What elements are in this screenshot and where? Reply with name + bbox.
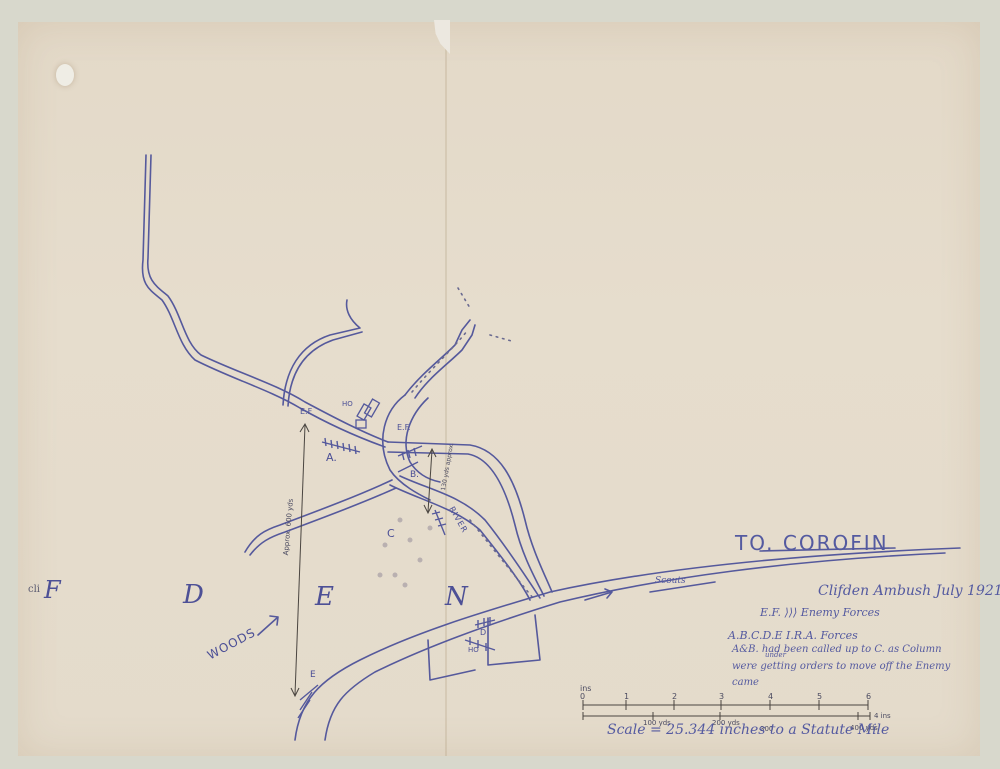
scale-tick-6: 6: [866, 692, 871, 701]
scale-bar: [583, 700, 870, 720]
area-letter-d: D: [183, 580, 205, 610]
position-b: B.: [410, 470, 419, 480]
legend-note-line2: were getting orders to move off the Enem…: [732, 661, 950, 672]
scale-tick-4: 4: [768, 692, 773, 701]
position-c: C: [387, 527, 395, 540]
area-letter-f-prefix: cli: [28, 584, 40, 595]
area-letter-f: F: [44, 576, 62, 604]
road-north-branch: [283, 300, 362, 406]
woods-arrow: [258, 616, 278, 635]
position-d: D: [480, 628, 486, 637]
legend-ira-forces: A.B.C.D.E I.R.A. Forces: [728, 629, 858, 642]
scale-tick-2: 2: [672, 692, 677, 701]
legend-note-line3: came: [732, 677, 759, 688]
destination-label: TO. COROFIN: [735, 531, 889, 555]
road-loop: [383, 395, 440, 500]
ho-label-1: HO: [342, 400, 353, 408]
area-letter-n: N: [445, 582, 469, 612]
legend-enemy-forces: E.F. ⟩⟩⟩ Enemy Forces: [760, 606, 880, 619]
area-letter-e: E: [315, 582, 335, 612]
lane-northeast: [405, 288, 515, 398]
ho-label-2: HO: [468, 646, 479, 654]
legend-note-insert: under: [765, 651, 786, 659]
scale-label: Scale = 25.344 inches to a Statute Mile: [607, 722, 889, 738]
position-ef-1: E.F: [300, 407, 312, 416]
force-hatches: [298, 438, 495, 718]
distance-line-600: [291, 424, 309, 696]
position-a: A.: [326, 451, 337, 464]
scale-tick-3: 3: [719, 692, 724, 701]
scouts-label: Scouts: [655, 576, 686, 586]
scale-lower-unit: 4 ins: [874, 712, 891, 720]
map-title: Clifden Ambush July 1921: [818, 583, 1000, 599]
scale-tick-0: 0: [580, 692, 585, 701]
arrow-east: [585, 589, 612, 600]
buildings: [356, 399, 379, 428]
position-e: E: [310, 670, 316, 680]
woods-stipple: [378, 518, 433, 588]
position-ef-2: E.F.: [397, 423, 410, 432]
road-southwest: [245, 480, 396, 555]
scale-tick-5: 5: [817, 692, 822, 701]
scale-tick-1: 1: [624, 692, 629, 701]
legend-note-line1: A&B. had been called up to C. as Column: [732, 644, 942, 655]
